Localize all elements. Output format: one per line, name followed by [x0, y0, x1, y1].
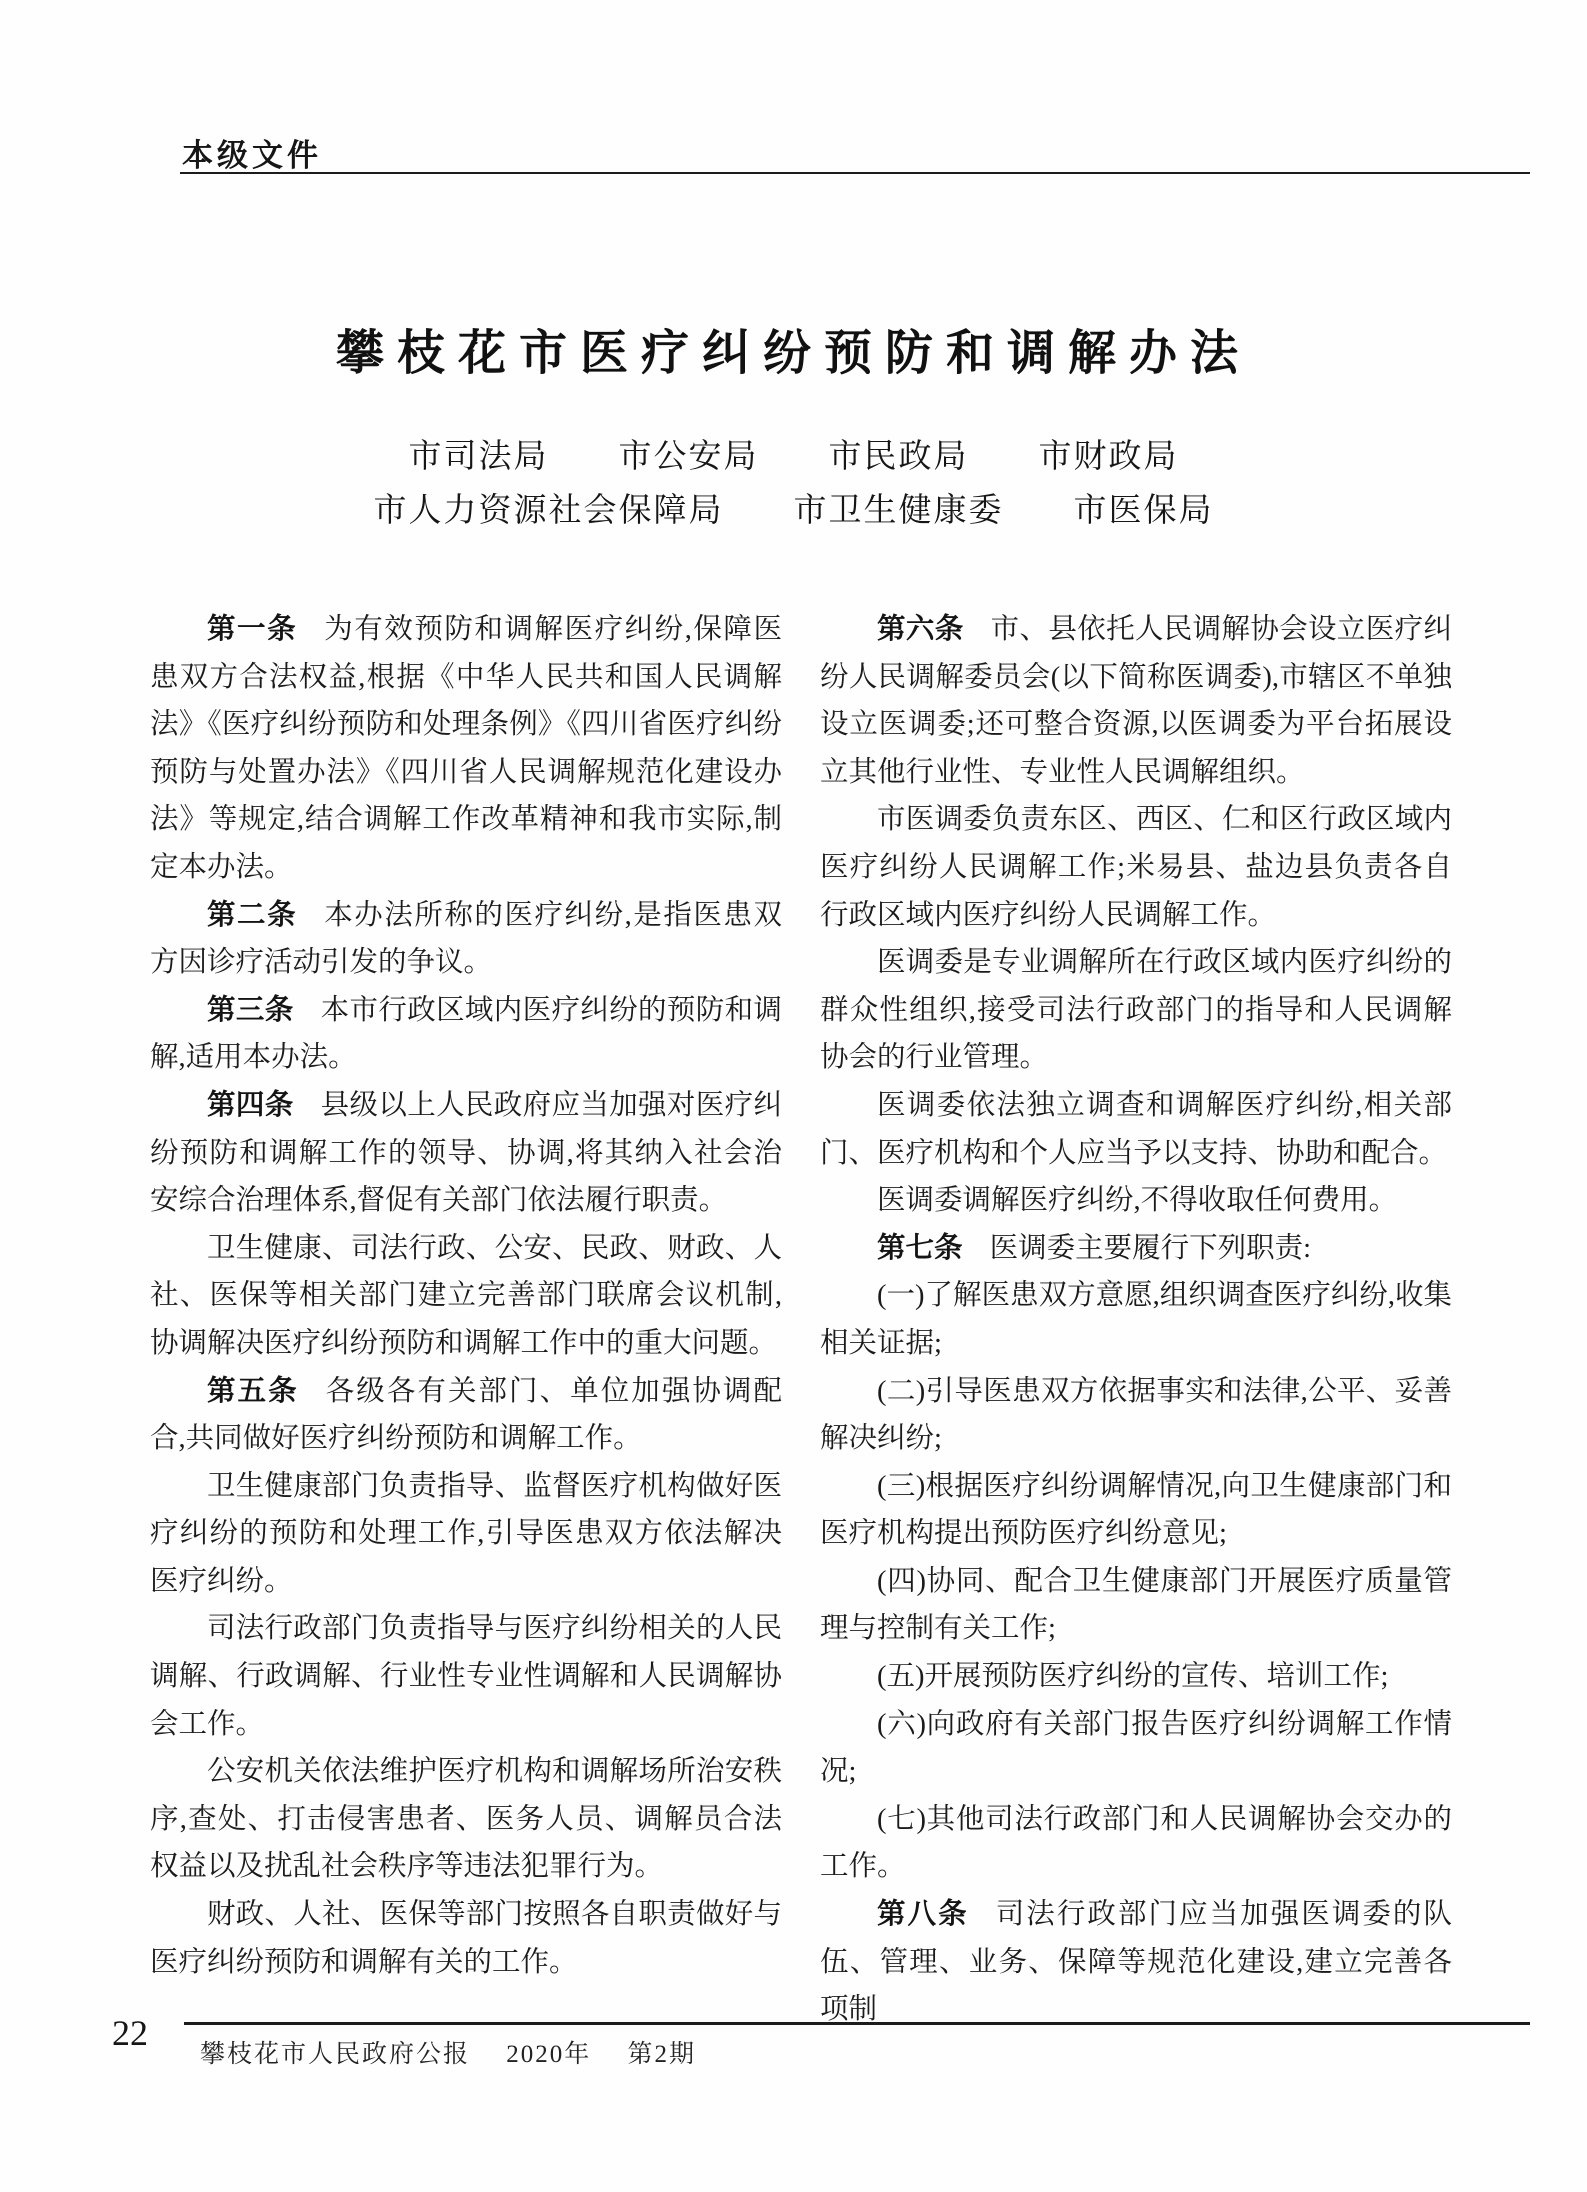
article-number: 第八条	[877, 1898, 969, 1930]
paragraph-text: 司法行政部门负责指导与医疗纠纷相关的人民调解、行政调解、行业性专业性调解和人民调…	[150, 1613, 782, 1739]
page-number: 22	[112, 2012, 148, 2054]
list-item-paragraph: (一)了解医患双方意愿,组织调查医疗纠纷,收集相关证据;	[820, 1272, 1452, 1367]
article-paragraph: 第八条司法行政部门应当加强医调委的队伍、管理、业务、保障等规范化建设,建立完善各…	[820, 1891, 1452, 2034]
paragraph: 公安机关依法维护医疗机构和调解场所治安秩序,查处、打击侵害患者、医务人员、调解员…	[150, 1748, 782, 1891]
article-paragraph: 第五条各级各有关部门、单位加强协调配合,共同做好医疗纠纷预防和调解工作。	[150, 1368, 782, 1463]
paragraph-text: 为有效预防和调解医疗纠纷,保障医患双方合法权益,根据《中华人民共和国人民调解法》…	[150, 614, 782, 883]
paragraph: 医调委依法独立调查和调解医疗纠纷,相关部门、医疗机构和个人应当予以支持、协助和配…	[820, 1082, 1452, 1177]
article-number: 第二条	[207, 899, 297, 931]
paragraph: 财政、人社、医保等部门按照各自职责做好与医疗纠纷预防和调解有关的工作。	[150, 1891, 782, 1986]
paragraph: 卫生健康部门负责指导、监督医疗机构做好医疗纠纷的预防和处理工作,引导医患双方依法…	[150, 1463, 782, 1606]
agencies-line-1: 市司法局 市公安局 市民政局 市财政局	[0, 430, 1587, 484]
paragraph-text: 卫生健康、司法行政、公安、民政、财政、人社、医保等相关部门建立完善部门联席会议机…	[150, 1233, 782, 1359]
list-item-paragraph: (三)根据医疗纠纷调解情况,向卫生健康部门和医疗机构提出预防医疗纠纷意见;	[820, 1463, 1452, 1558]
paragraph-text: (五)开展预防医疗纠纷的宣传、培训工作;	[877, 1661, 1388, 1692]
paragraph-text: (三)根据医疗纠纷调解情况,向卫生健康部门和医疗机构提出预防医疗纠纷意见;	[820, 1471, 1452, 1550]
article-number: 第三条	[207, 994, 294, 1026]
paragraph: 卫生健康、司法行政、公安、民政、财政、人社、医保等相关部门建立完善部门联席会议机…	[150, 1225, 782, 1368]
article-number: 第一条	[207, 613, 297, 645]
article-number: 第七条	[877, 1232, 963, 1264]
paragraph-text: (四)协同、配合卫生健康部门开展医疗质量管理与控制有关工作;	[820, 1566, 1452, 1645]
paragraph-text: 医调委是专业调解所在行政区域内医疗纠纷的群众性组织,接受司法行政部门的指导和人民…	[820, 947, 1452, 1073]
header-rule	[180, 172, 1530, 174]
list-item-paragraph: (二)引导医患双方依据事实和法律,公平、妥善解决纠纷;	[820, 1368, 1452, 1463]
paragraph-text: 财政、人社、医保等部门按照各自职责做好与医疗纠纷预防和调解有关的工作。	[150, 1899, 782, 1978]
body-right-column: 第六条市、县依托人民调解协会设立医疗纠纷人民调解委员会(以下简称医调委),市辖区…	[820, 606, 1452, 2034]
article-paragraph: 第六条市、县依托人民调解协会设立医疗纠纷人民调解委员会(以下简称医调委),市辖区…	[820, 606, 1452, 796]
paragraph-text: (七)其他司法行政部门和人民调解协会交办的工作。	[820, 1804, 1452, 1883]
body-left-column: 第一条为有效预防和调解医疗纠纷,保障医患双方合法权益,根据《中华人民共和国人民调…	[150, 606, 782, 1986]
article-paragraph: 第二条本办法所称的医疗纠纷,是指医患双方因诊疗活动引发的争议。	[150, 892, 782, 987]
issue-number: 第2期	[628, 2041, 697, 2068]
paragraph-text: 医调委主要履行下列职责:	[990, 1233, 1311, 1264]
paragraph: 市医调委负责东区、西区、仁和区行政区域内医疗纠纷人民调解工作;米易县、盐边县负责…	[820, 796, 1452, 939]
paragraph-text: 公安机关依法维护医疗机构和调解场所治安秩序,查处、打击侵害患者、医务人员、调解员…	[150, 1756, 782, 1882]
paragraph: 医调委是专业调解所在行政区域内医疗纠纷的群众性组织,接受司法行政部门的指导和人民…	[820, 939, 1452, 1082]
article-paragraph: 第三条本市行政区域内医疗纠纷的预防和调解,适用本办法。	[150, 987, 782, 1082]
agencies-line-2: 市人力资源社会保障局 市卫生健康委 市医保局	[0, 484, 1587, 538]
issue-year: 2020年	[506, 2041, 591, 2068]
list-item-paragraph: (七)其他司法行政部门和人民调解协会交办的工作。	[820, 1796, 1452, 1891]
paragraph-text: 医调委依法独立调查和调解医疗纠纷,相关部门、医疗机构和个人应当予以支持、协助和配…	[820, 1090, 1452, 1169]
article-number: 第六条	[877, 613, 964, 645]
paragraph-text: 医调委调解医疗纠纷,不得收取任何费用。	[877, 1185, 1397, 1216]
paragraph: 司法行政部门负责指导与医疗纠纷相关的人民调解、行政调解、行业性专业性调解和人民调…	[150, 1605, 782, 1748]
article-paragraph: 第一条为有效预防和调解医疗纠纷,保障医患双方合法权益,根据《中华人民共和国人民调…	[150, 606, 782, 892]
list-item-paragraph: (五)开展预防医疗纠纷的宣传、培训工作;	[820, 1653, 1452, 1701]
paragraph: 医调委调解医疗纠纷,不得收取任何费用。	[820, 1177, 1452, 1225]
article-number: 第四条	[207, 1089, 294, 1121]
issuing-agencies: 市司法局 市公安局 市民政局 市财政局 市人力资源社会保障局 市卫生健康委 市医…	[0, 430, 1587, 538]
paragraph-text: 市医调委负责东区、西区、仁和区行政区域内医疗纠纷人民调解工作;米易县、盐边县负责…	[820, 804, 1452, 930]
paragraph-text: (一)了解医患双方意愿,组织调查医疗纠纷,收集相关证据;	[820, 1280, 1452, 1359]
article-paragraph: 第七条医调委主要履行下列职责:	[820, 1225, 1452, 1273]
paragraph-text: (六)向政府有关部门报告医疗纠纷调解工作情况;	[820, 1709, 1452, 1788]
document-title: 攀枝花市医疗纠纷预防和调解办法	[0, 314, 1587, 383]
paragraph-text: (二)引导医患双方依据事实和法律,公平、妥善解决纠纷;	[820, 1376, 1452, 1455]
paragraph-text: 卫生健康部门负责指导、监督医疗机构做好医疗纠纷的预防和处理工作,引导医患双方依法…	[150, 1471, 782, 1597]
section-label: 本级文件	[182, 130, 322, 175]
journal-title: 攀枝花市人民政府公报	[200, 2041, 470, 2068]
gazette-page: 本级文件 攀枝花市医疗纠纷预防和调解办法 市司法局 市公安局 市民政局 市财政局…	[0, 0, 1587, 2192]
article-number: 第五条	[207, 1375, 299, 1407]
footer-text: 攀枝花市人民政府公报 2020年 第2期	[200, 2034, 696, 2070]
article-paragraph: 第四条县级以上人民政府应当加强对医疗纠纷预防和调解工作的领导、协调,将其纳入社会…	[150, 1082, 782, 1225]
list-item-paragraph: (六)向政府有关部门报告医疗纠纷调解工作情况;	[820, 1701, 1452, 1796]
list-item-paragraph: (四)协同、配合卫生健康部门开展医疗质量管理与控制有关工作;	[820, 1558, 1452, 1653]
footer-rule	[184, 2022, 1530, 2025]
